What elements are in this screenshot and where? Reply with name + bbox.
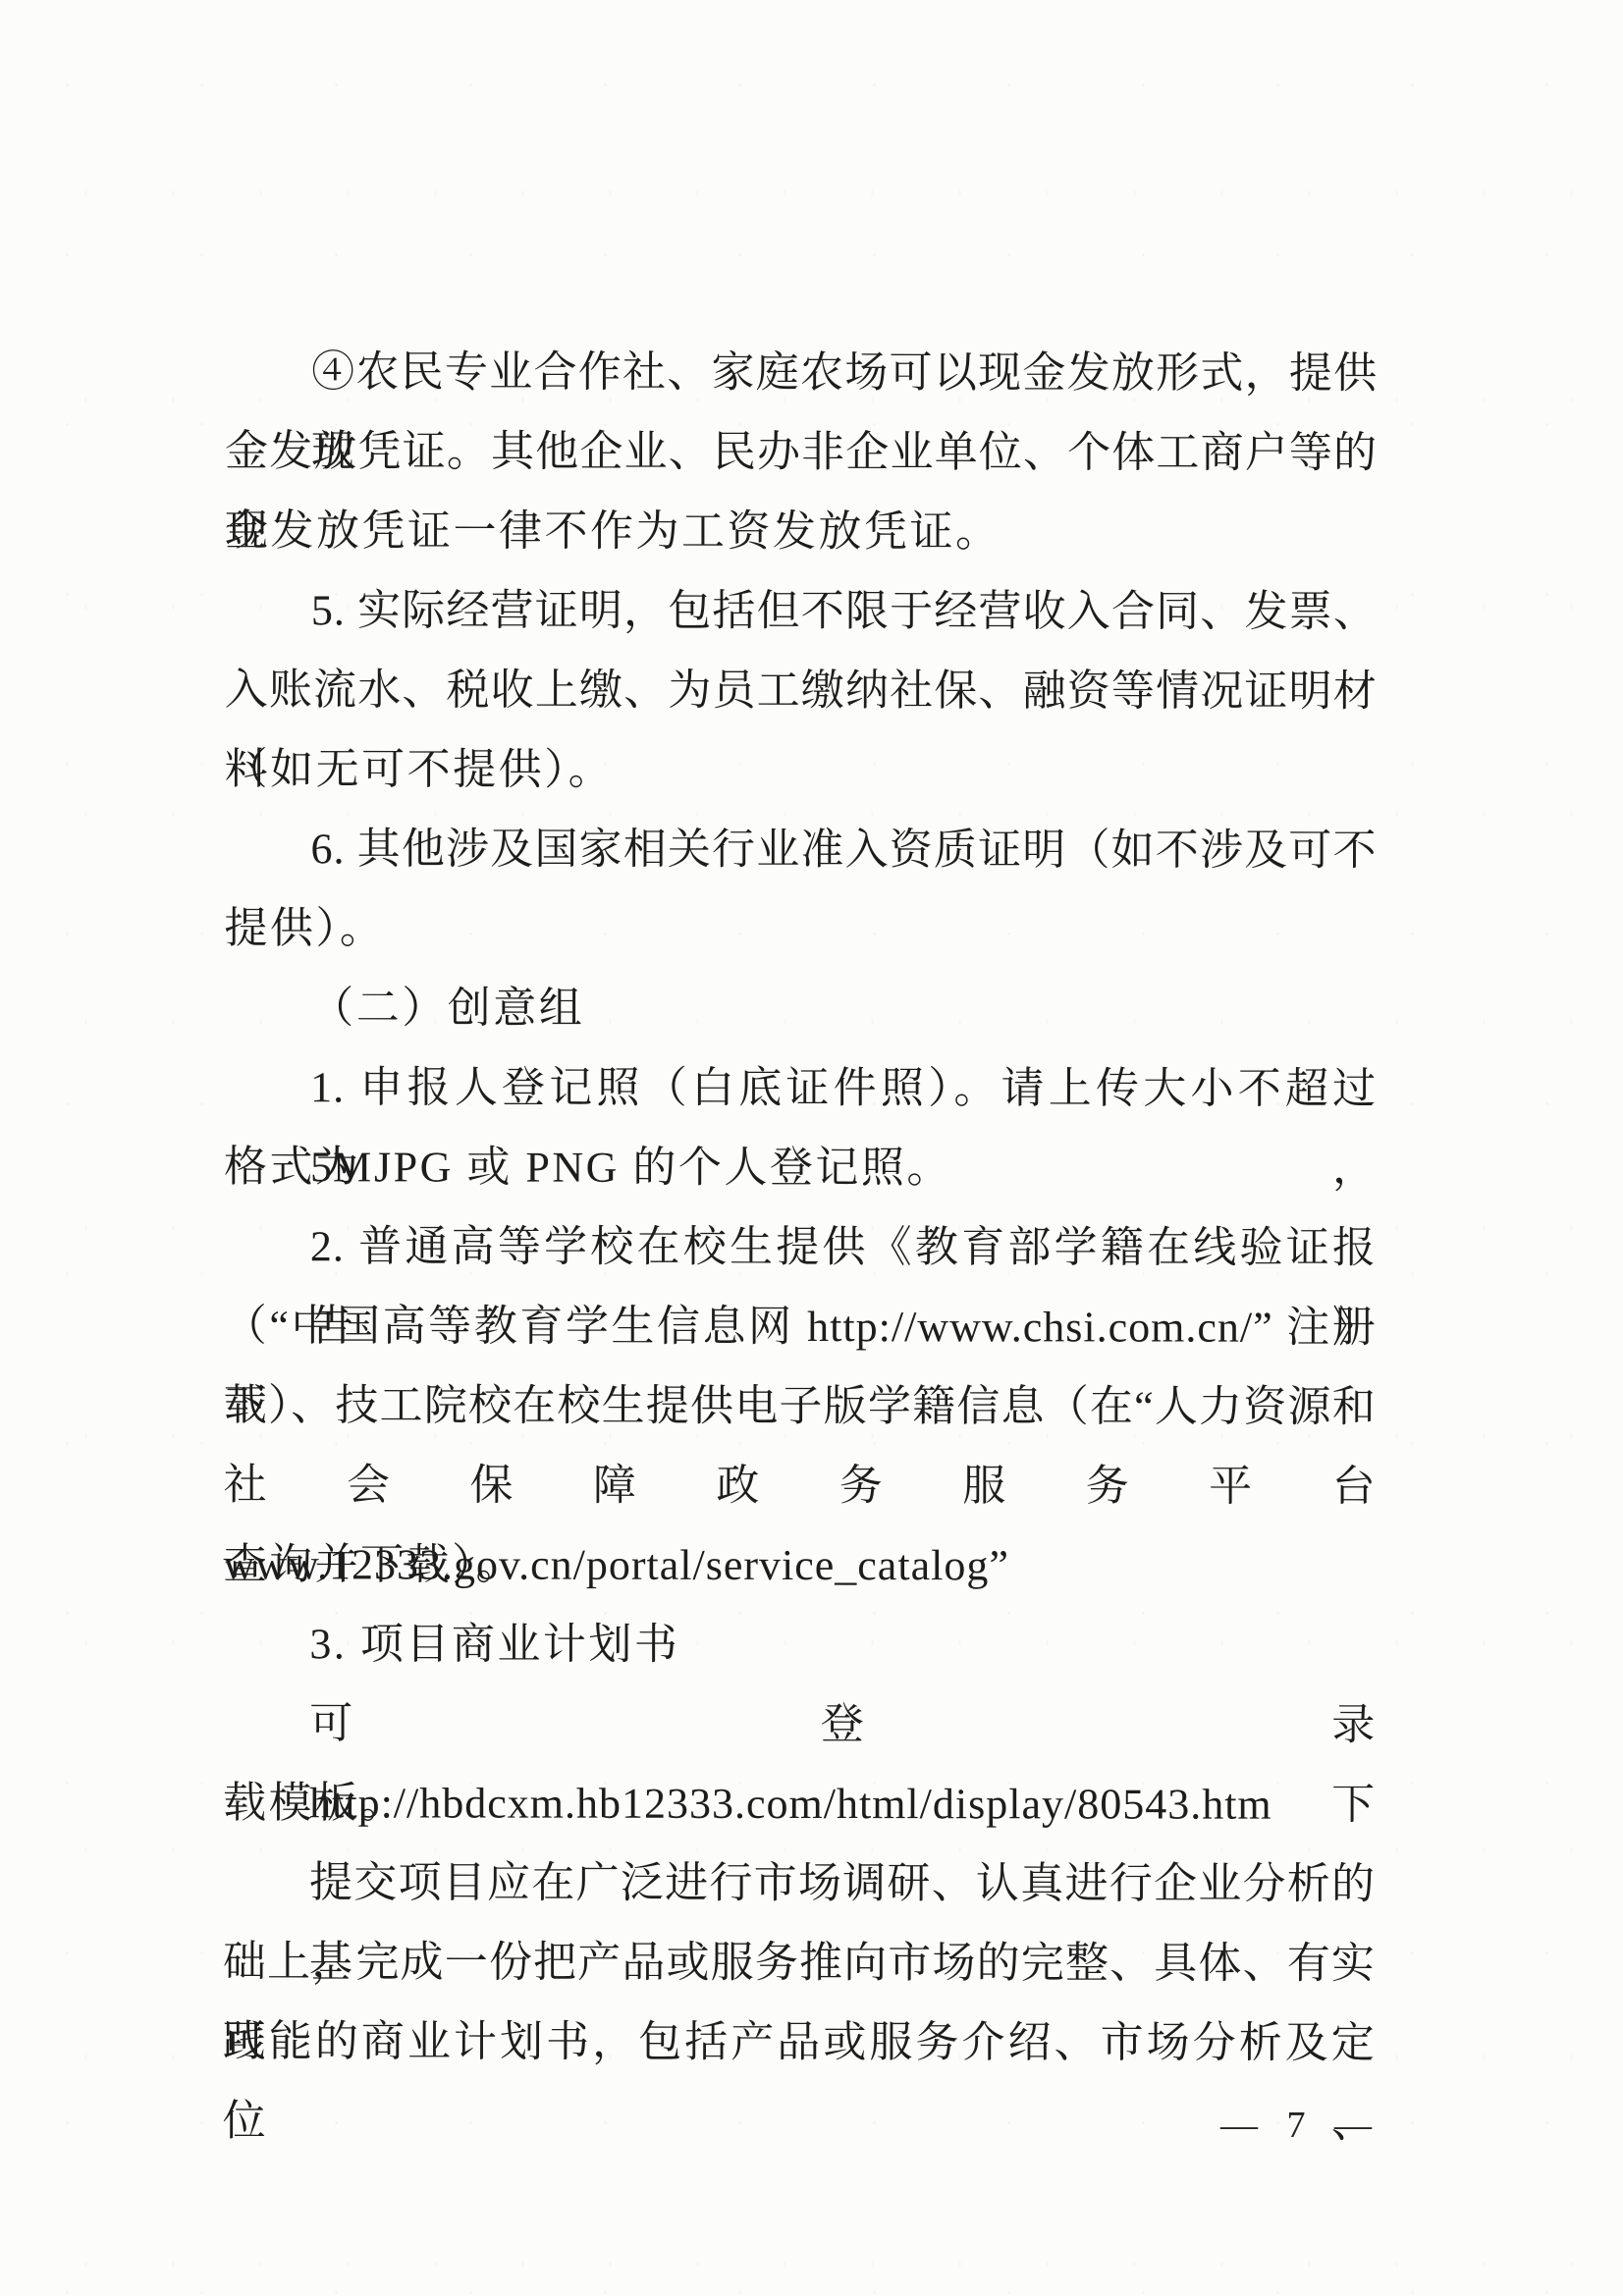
text-line-08: 提供）。	[224, 888, 1377, 970]
text-line-04: 5. 实际经营证明，包括但不限于经营收入合同、发票、	[225, 570, 1378, 652]
text-line-01: ④农民专业合作社、家庭农场可以现金发放形式，提供现	[225, 332, 1378, 413]
text-line-10: 1. 申报人登记照（白底证件照）。请上传大小不超过 5M，	[224, 1047, 1377, 1129]
text-line-18: 可登录 http://hbdcxm.hb12333.com/html/displ…	[223, 1683, 1376, 1765]
document-page: ④农民专业合作社、家庭农场可以现金发放形式，提供现 金发放凭证。其他企业、民办非…	[0, 0, 1623, 2296]
text-line-20: 提交项目应在广泛进行市场调研、认真进行企业分析的基	[223, 1842, 1376, 1924]
text-line-14: 载）、技工院校在校生提供电子版学籍信息（在“人力资源和	[224, 1365, 1377, 1447]
text-line-17: 3. 项目商业计划书	[223, 1604, 1376, 1685]
text-line-12: 2. 普通高等学校在校生提供《教育部学籍在线验证报告》	[224, 1206, 1377, 1288]
text-line-15: 社会保障政务服务平台 www.12333.gov.cn/portal/servi…	[224, 1445, 1377, 1526]
text-line-13: （“中国高等教育学生信息网 http://www.chsi.com.cn/” 注…	[224, 1286, 1377, 1367]
text-line-02: 金发放凭证。其他企业、民办非企业单位、个体工商户等的现	[225, 411, 1378, 493]
text-line-09: （二）创意组	[224, 968, 1377, 1049]
text-line-22: 可能的商业计划书，包括产品或服务介绍、市场分析及定位、	[223, 2002, 1376, 2083]
text-line-07: 6. 其他涉及国家相关行业准入资质证明（如不涉及可不	[224, 809, 1377, 890]
text-line-06: （如无可不提供）。	[225, 729, 1378, 811]
text-line-05: 入账流水、税收上缴、为员工缴纳社保、融资等情况证明材料	[225, 650, 1378, 731]
text-line-21: 础上，完成一份把产品或服务推向市场的完整、具体、有实践	[223, 1922, 1376, 2003]
page-number: — 7 —	[1220, 2101, 1381, 2150]
document-body: ④农民专业合作社、家庭农场可以现金发放形式，提供现 金发放凭证。其他企业、民办非…	[223, 332, 1378, 2083]
text-line-03: 金发放凭证一律不作为工资发放凭证。	[225, 491, 1378, 572]
